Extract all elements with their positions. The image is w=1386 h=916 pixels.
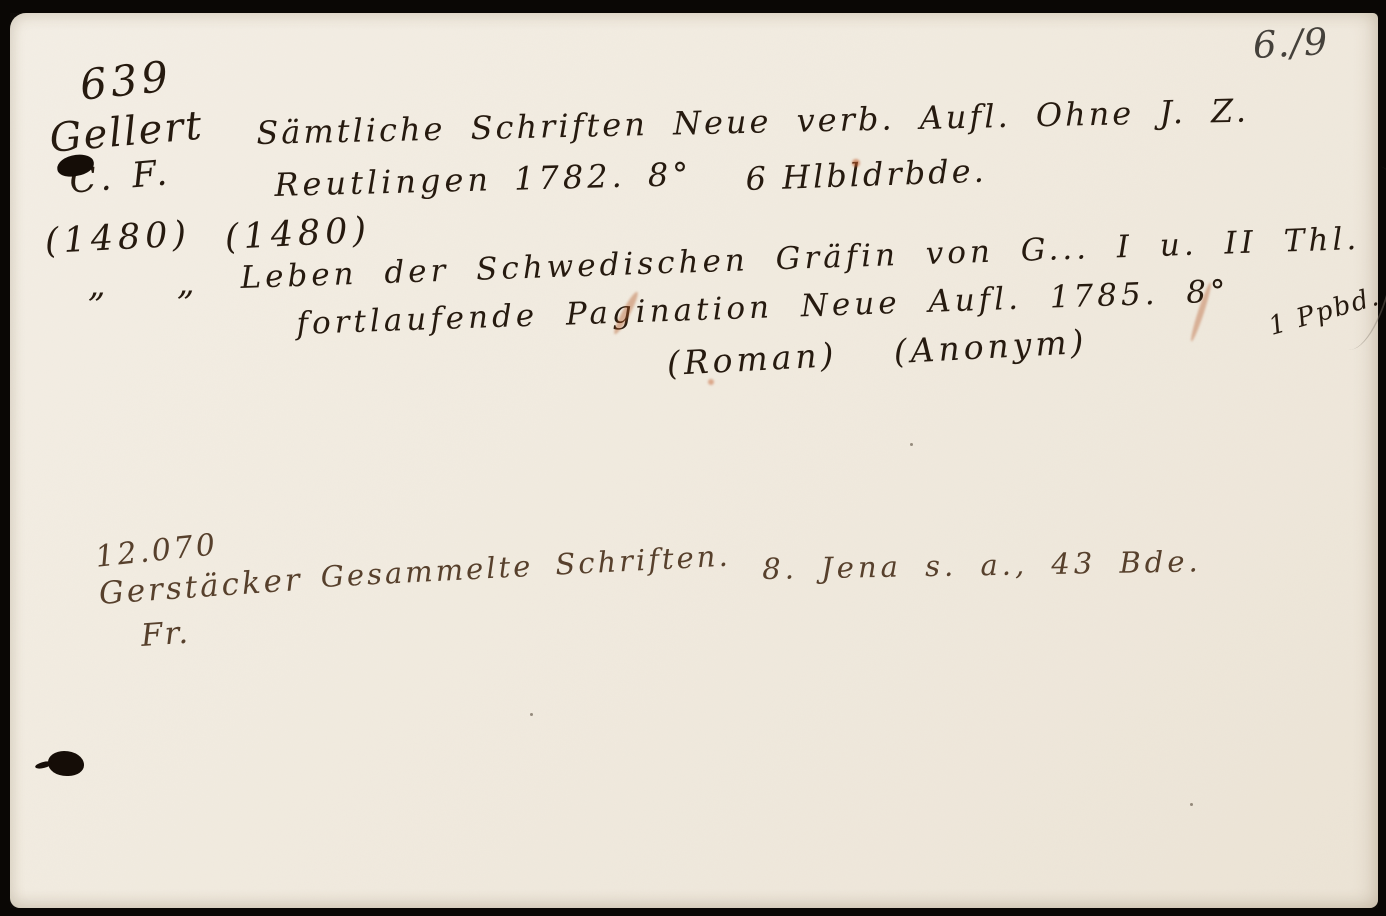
ink-blot-lower-left bbox=[48, 751, 84, 776]
paper-texture bbox=[10, 13, 1378, 908]
rust-dot-top bbox=[852, 159, 860, 167]
ditto-mark-left: „ bbox=[88, 268, 106, 302]
paper-speck bbox=[910, 443, 913, 446]
paper-speck bbox=[530, 713, 533, 716]
ditto-mark-right: „ bbox=[177, 266, 195, 300]
scan-background: 6./9 639 Gellert C. F. Sämtliche Schrift… bbox=[0, 0, 1386, 916]
title-saemtliche-schriften: Sämtliche Schriften Neue verb. Aufl. Ohn… bbox=[256, 94, 1249, 149]
title-gesammelte-schriften: Gesammelte Schriften. bbox=[320, 542, 731, 592]
catalog-card: 6./9 639 Gellert C. F. Sämtliche Schrift… bbox=[10, 13, 1378, 908]
old-shelf-mark-1480-left: (1480) bbox=[44, 217, 192, 260]
author-initials-fr: Fr. bbox=[140, 618, 191, 652]
rust-dot-middle bbox=[708, 379, 714, 385]
notes-roman-anonym: (Roman) (Anonym) bbox=[666, 325, 1088, 380]
shelf-mark-639: 639 bbox=[78, 55, 174, 106]
author-gellert: Gellert bbox=[48, 106, 205, 159]
binding-note-hlbldrbde: 6 Hlbldrbde. bbox=[745, 155, 987, 195]
imprint-reutlingen-1782: Reutlingen 1782. 8° bbox=[274, 158, 693, 201]
shelf-mark-12070: 12.070 bbox=[94, 530, 219, 573]
author-gerstaecker: Gerstäcker bbox=[98, 565, 304, 610]
paper-speck bbox=[1190, 803, 1193, 806]
old-shelf-mark-1480-right: (1480) bbox=[224, 213, 372, 256]
imprint-jena-43bde: 8. Jena s. a., 43 Bde. bbox=[762, 547, 1202, 584]
pencil-folio-number: 6./9 bbox=[1252, 23, 1329, 64]
